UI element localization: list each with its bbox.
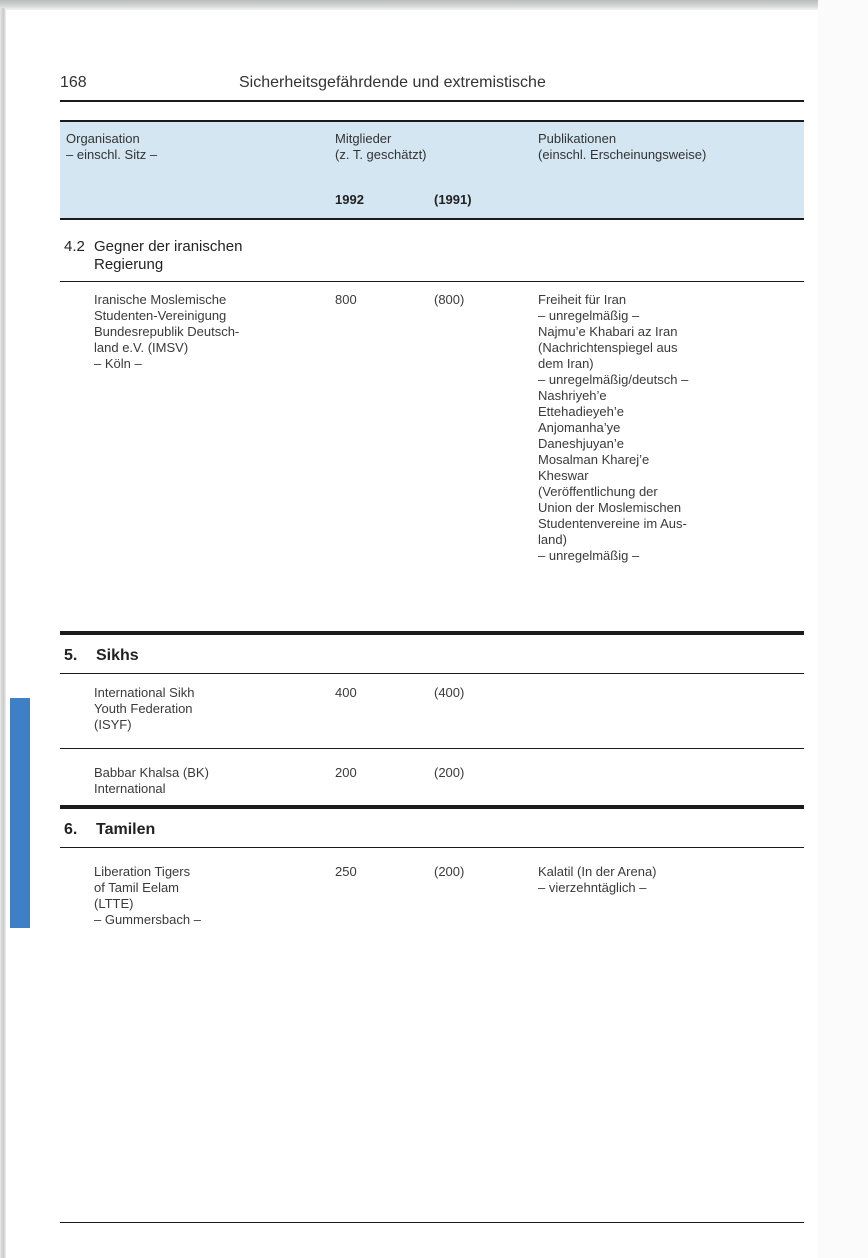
section-title: Tamilen [96, 821, 155, 839]
cell-line: Freiheit für Iran [538, 292, 688, 308]
cell-line: Babbar Khalsa (BK) [94, 765, 209, 781]
chapter-thumb-tab [10, 698, 30, 928]
cell-line: Studenten-Vereinigung [94, 308, 239, 324]
members-1992-cell: 250 [335, 864, 357, 880]
cell-line: – Gummersbach – [94, 912, 201, 928]
cell-line: Studentenvereine im Aus- [538, 516, 688, 532]
section-divider [60, 631, 804, 635]
section-number: 5. [64, 647, 77, 665]
row-rule [60, 748, 804, 749]
col-header-publications-line: Publikationen [538, 131, 706, 147]
section-title: Sikhs [96, 647, 139, 665]
cell-line: Kheswar [538, 468, 688, 484]
cell-line: of Tamil Eelam [94, 880, 201, 896]
members-1991-cell: (200) [434, 765, 464, 781]
cell-line: Ettehadieyeh’e [538, 404, 688, 420]
cell-line: dem Iran) [538, 356, 688, 372]
cell-line: – unregelmäßig – [538, 548, 688, 564]
members-1992-cell: 200 [335, 765, 357, 781]
cell-line: Anjomanha’ye [538, 420, 688, 436]
section-divider [60, 805, 804, 809]
scan-shadow-left [0, 8, 6, 1258]
cell-line: Kalatil (In der Arena) [538, 864, 657, 880]
col-header-publications-sub: (einschl. Erscheinungsweise) [538, 147, 706, 163]
section-number: 6. [64, 821, 77, 839]
organisation-cell: Liberation Tigersof Tamil Eelam(LTTE)– G… [94, 864, 201, 928]
members-1991-cell: (400) [434, 685, 464, 701]
scan-shadow-top [0, 0, 868, 10]
organisation-cell: International SikhYouth Federation(ISYF) [94, 685, 194, 733]
cell-line: – unregelmäßig – [538, 308, 688, 324]
col-header-publications: Publikationen (einschl. Erscheinungsweis… [538, 131, 706, 163]
cell-line: International [94, 781, 209, 797]
cell-line: land e.V. (IMSV) [94, 340, 239, 356]
section-title: Gegner der iranischen Regierung [94, 238, 242, 274]
col-header-organisation-line: Organisation [66, 131, 157, 147]
cell-line: (ISYF) [94, 717, 194, 733]
cell-line: Bundesrepublik Deutsch- [94, 324, 239, 340]
col-header-year-1992: 1992 [335, 192, 364, 207]
header-rule [60, 100, 804, 102]
members-1992-cell: 400 [335, 685, 357, 701]
footer-rule [60, 1222, 804, 1223]
section-title-line: Regierung [94, 256, 242, 274]
col-header-members-sub: (z. T. geschätzt) [335, 147, 427, 163]
members-1992-cell: 800 [335, 292, 357, 308]
cell-line: Najmu’e Khabari az Iran [538, 324, 688, 340]
running-head: Sicherheitsgefährdende und extremistisch… [239, 74, 546, 92]
section-number: 4.2 [64, 238, 85, 255]
cell-line: – Köln – [94, 356, 239, 372]
cell-line: (Nachrichtenspiegel aus [538, 340, 688, 356]
cell-line: – unregelmäßig/deutsch – [538, 372, 688, 388]
section-rule [60, 673, 804, 674]
col-header-organisation-sub: – einschl. Sitz – [66, 147, 157, 163]
cell-line: Liberation Tigers [94, 864, 201, 880]
cell-line: Mosalman Kharej’e [538, 452, 688, 468]
cell-line: land) [538, 532, 688, 548]
cell-line: – vierzehntäglich – [538, 880, 657, 896]
scan-margin-right [818, 0, 868, 1258]
col-header-organisation: Organisation – einschl. Sitz – [66, 131, 157, 163]
cell-line: Union der Moslemischen [538, 500, 688, 516]
publications-cell: Freiheit für Iran– unregelmäßig –Najmu’e… [538, 292, 688, 564]
col-header-year-1991: (1991) [434, 192, 472, 207]
page-number: 168 [60, 74, 87, 92]
cell-line: Youth Federation [94, 701, 194, 717]
cell-line: (LTTE) [94, 896, 201, 912]
cell-line: Daneshjuyan’e [538, 436, 688, 452]
table-header-bottom-rule [60, 218, 804, 220]
col-header-members: Mitglieder (z. T. geschätzt) [335, 131, 427, 163]
section-rule [60, 847, 804, 848]
cell-line: Nashriyeh’e [538, 388, 688, 404]
col-header-members-line: Mitglieder [335, 131, 427, 147]
publications-cell: Kalatil (In der Arena)– vierzehntäglich … [538, 864, 657, 896]
organisation-cell: Babbar Khalsa (BK)International [94, 765, 209, 797]
cell-line: Iranische Moslemische [94, 292, 239, 308]
members-1991-cell: (200) [434, 864, 464, 880]
cell-line: International Sikh [94, 685, 194, 701]
section-rule [60, 281, 804, 282]
organisation-cell: Iranische MoslemischeStudenten-Vereinigu… [94, 292, 239, 372]
section-title-line: Gegner der iranischen [94, 238, 242, 256]
cell-line: (Veröffentlichung der [538, 484, 688, 500]
members-1991-cell: (800) [434, 292, 464, 308]
